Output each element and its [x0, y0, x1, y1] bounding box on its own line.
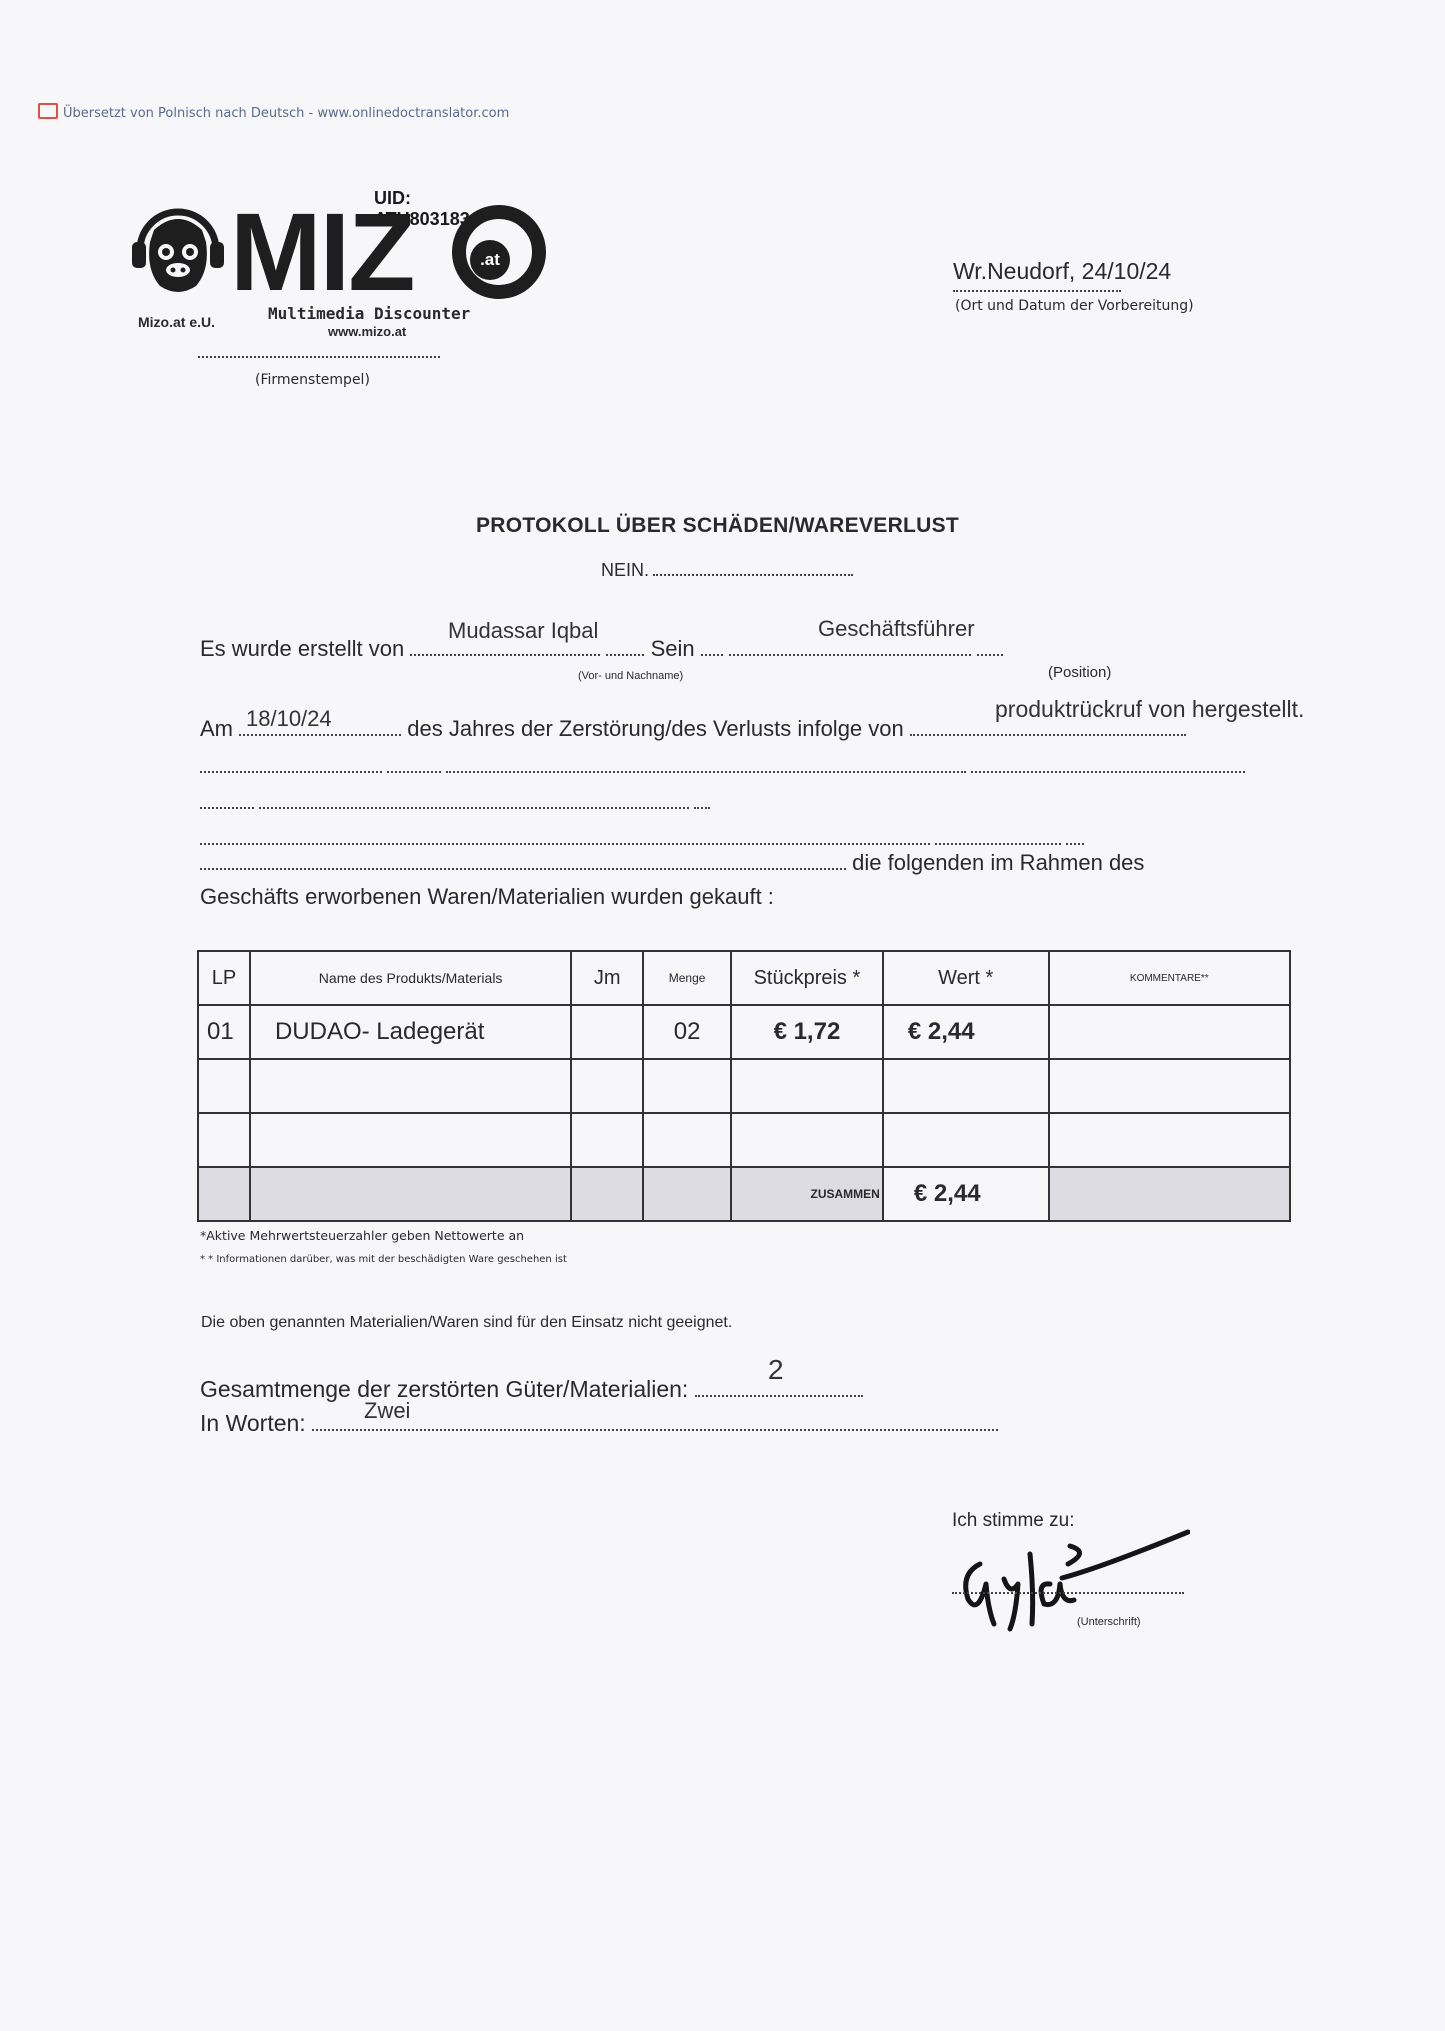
incident-last-line: Geschäfts erworbenen Waren/Materialien w… — [200, 884, 774, 910]
table-row — [198, 1113, 1290, 1167]
signature-icon — [950, 1524, 1190, 1634]
total-quantity-line: Gesamtmenge der zerstörten Güter/Materia… — [200, 1376, 863, 1403]
creator-name-label: (Vor- und Nachname) — [578, 670, 683, 682]
header-stueckpreis: Stückpreis * — [731, 951, 883, 1005]
header-wert: Wert * — [883, 951, 1049, 1005]
total-label: ZUSAMMEN — [731, 1167, 883, 1221]
total-quantity-words-line: In Worten: — [200, 1410, 998, 1437]
items-table: LP Name des Produkts/Materials Jm Menge … — [197, 950, 1291, 1222]
created-by-line: Es wurde erstellt von Sein — [200, 636, 1003, 662]
signature-label: (Unterschrift) — [1077, 1616, 1141, 1628]
header-jm: Jm — [571, 951, 643, 1005]
stamp-label: (Firmenstempel) — [255, 372, 370, 388]
incident-line: Am des Jahres der Zerstörung/des Verlust… — [200, 716, 1186, 742]
header-lp: LP — [198, 951, 250, 1005]
table-row — [198, 1059, 1290, 1113]
place-date-line — [953, 290, 1121, 292]
total-value: € 2,44 — [883, 1167, 1049, 1221]
gorilla-headphones-logo-icon — [130, 190, 226, 300]
protocol-number-field — [653, 574, 853, 576]
creator-position-label: (Position) — [1048, 664, 1111, 681]
table-row: 01 DUDAO- Ladegerät 02 € 1,72 € 2,44 — [198, 1005, 1290, 1059]
table-header-row: LP Name des Produkts/Materials Jm Menge … — [198, 951, 1290, 1005]
footnote-vat: *Aktive Mehrwertsteuerzahler geben Netto… — [200, 1228, 524, 1243]
signature-line — [952, 1592, 1184, 1594]
protocol-number: NEIN. — [601, 560, 853, 581]
company-stamp: UID: ATU80318345 MIZ .at Mizo.at e.U. Mu… — [130, 180, 530, 340]
stamp-brand-suffix: .at — [470, 240, 510, 280]
page-title: PROTOKOLL ÜBER SCHÄDEN/WAREVERLUST — [0, 514, 1445, 538]
place-date-value: Wr.Neudorf, 24/10/24 — [953, 258, 1171, 285]
stamp-brand: MIZ — [230, 198, 413, 308]
stamp-website: www.mizo.at — [328, 324, 406, 339]
translate-icon — [38, 103, 58, 119]
stamp-company: Mizo.at e.U. — [138, 314, 215, 330]
footnote-comments: * * Informationen darüber, was mit der b… — [200, 1254, 567, 1265]
blank-line-1 — [200, 758, 1245, 777]
blank-line-3 — [200, 830, 1084, 849]
header-kommentare: KOMMENTARE** — [1049, 951, 1290, 1005]
table-total-row: ZUSAMMEN € 2,44 — [198, 1167, 1290, 1221]
translator-banner: Übersetzt von Polnisch nach Deutsch - ww… — [38, 103, 509, 121]
place-date-label: (Ort und Datum der Vorbereitung) — [955, 298, 1194, 314]
blank-line-2 — [200, 794, 710, 813]
unsuitable-note: Die oben genannten Materialien/Waren sin… — [201, 1314, 732, 1332]
header-name: Name des Produkts/Materials — [250, 951, 571, 1005]
header-menge: Menge — [643, 951, 731, 1005]
stamp-line — [198, 356, 440, 358]
incident-continuation: die folgenden im Rahmen des — [200, 850, 1144, 876]
stamp-tagline: Multimedia Discounter — [268, 304, 470, 323]
